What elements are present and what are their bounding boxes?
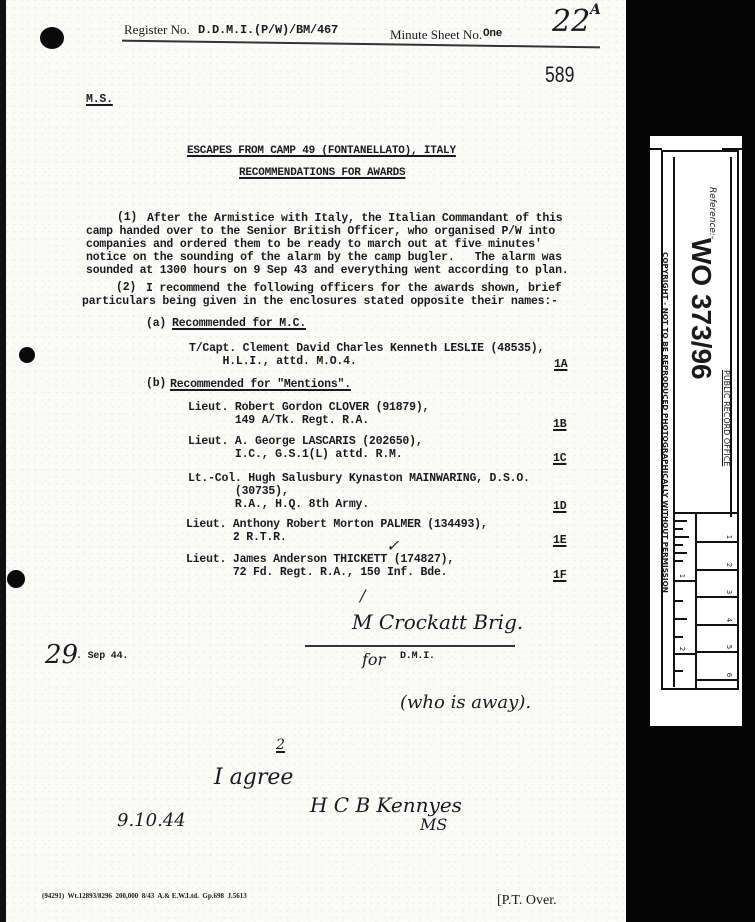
officer-entry-line: I.C., G.S.1(L) attd. R.M. bbox=[188, 448, 402, 461]
ruler-inch-mark bbox=[675, 653, 695, 655]
paragraph-line: camp handed over to the Senior British O… bbox=[86, 225, 555, 238]
check-mark: / bbox=[360, 586, 365, 605]
paragraph-line: sounded at 1300 hours on 9 Sep 43 and ev… bbox=[86, 264, 568, 277]
scale-cm-label: 6 bbox=[725, 673, 733, 677]
ruler-cm-mark bbox=[697, 541, 739, 543]
scale-inch-label: 2 bbox=[678, 647, 686, 651]
minute-sheet-label: Minute Sheet No. bbox=[390, 27, 482, 43]
scale-cm-label: 4 bbox=[725, 618, 733, 622]
officer-entry-line: T/Capt. Clement David Charles Kenneth LE… bbox=[189, 342, 544, 355]
section-label: (b) bbox=[146, 377, 166, 390]
paragraph-line: I recommend the following officers for t… bbox=[146, 282, 561, 295]
paragraph-number: (2) bbox=[116, 281, 136, 294]
scale-inch-label: 1 bbox=[678, 574, 686, 578]
paragraph-line: companies and ordered them to be ready t… bbox=[86, 238, 542, 251]
section-heading: Recommended for "Mentions". bbox=[170, 378, 351, 391]
for-handwritten: for bbox=[362, 650, 385, 669]
ruler-divider bbox=[695, 512, 697, 690]
register-number: D.D.M.I.(P/W)/BM/467 bbox=[198, 23, 338, 37]
folio-number-handwritten: 22 bbox=[552, 4, 590, 39]
scale-cm-label: 3 bbox=[725, 590, 733, 594]
printer-line: (94291) Wt.12893/8296 200,000 8/43 A.& E… bbox=[42, 892, 247, 900]
document-subtitle: RECOMMENDATIONS FOR AWARDS bbox=[239, 167, 405, 179]
officer-entry-line: Lieut. James Anderson THICKETT (174827), bbox=[186, 553, 454, 566]
paragraph-line: notice on the sounding of the alarm by t… bbox=[86, 251, 562, 264]
officer-entry-line: H.L.I., attd. M.O.4. bbox=[189, 355, 357, 368]
paragraph-line: After the Armistice with Italy, the Ital… bbox=[147, 212, 562, 225]
register-label: Register No. bbox=[124, 22, 190, 38]
minute-sheet-number: One bbox=[483, 28, 502, 40]
enclosure-ref: 1A bbox=[554, 358, 567, 371]
punch-hole bbox=[40, 27, 64, 49]
enclosure-ref: 1F bbox=[553, 569, 566, 582]
reference-number: WO 373/96 bbox=[685, 238, 717, 380]
minute-text: I agree bbox=[214, 765, 293, 790]
officer-entry-line: Lt.-Col. Hugh Salusbury Kynaston MAINWAR… bbox=[188, 472, 530, 485]
copyright-notice: COPYRIGHT - NOT TO BE REPRODUCED PHOTOGR… bbox=[661, 252, 670, 593]
signature-underline bbox=[305, 645, 515, 647]
enclosure-ref: 1E bbox=[553, 534, 566, 547]
minute-signature: H C B Kennyes bbox=[310, 793, 462, 817]
officer-entry-line: 2 R.T.R. bbox=[186, 531, 287, 544]
minute-initials: MS bbox=[420, 815, 447, 834]
officer-entry-line: Lieut. Robert Gordon CLOVER (91879), bbox=[188, 401, 429, 414]
officer-entry-line: Lieut. Anthony Robert Morton PALMER (134… bbox=[186, 518, 488, 531]
copyright-strip-divider bbox=[673, 157, 675, 687]
ruler-top bbox=[675, 512, 739, 514]
officer-entry-line: R.A., H.Q. 8th Army. bbox=[188, 498, 369, 511]
scale-cm-label: 5 bbox=[725, 645, 733, 649]
ruler-cm-mark bbox=[697, 624, 739, 626]
signature-note: (who is away). bbox=[400, 692, 531, 713]
minute-date: 9.10.44 bbox=[117, 810, 186, 831]
ruler-cm-mark bbox=[697, 569, 739, 571]
officer-entry-line: 149 A/Tk. Regt. R.A. bbox=[188, 414, 369, 427]
document-title: ESCAPES FROM CAMP 49 (FONTANELLATO), ITA… bbox=[187, 145, 456, 157]
ruler-cm-mark bbox=[697, 679, 739, 681]
punch-hole bbox=[19, 347, 35, 363]
folio-suffix: A bbox=[590, 2, 601, 18]
enclosure-ref: 1C bbox=[553, 452, 566, 465]
stamp-number: 589 bbox=[545, 62, 574, 88]
officer-entry-line: (30735), bbox=[188, 485, 289, 498]
paragraph-number: (1) bbox=[117, 211, 137, 224]
pto-note: [P.T. Over. bbox=[497, 893, 557, 909]
scale-cm-label: 1 bbox=[725, 535, 733, 539]
scale-cm-label: 2 bbox=[725, 563, 733, 567]
enclosure-ref: 1D bbox=[553, 500, 566, 513]
date-typed: . Sep 44. bbox=[76, 651, 128, 662]
signatory-title: D.M.I. bbox=[400, 651, 435, 662]
ruler-cm-mark bbox=[697, 651, 739, 653]
paragraph-line: particulars being given in the enclosure… bbox=[82, 295, 558, 308]
signature-dmi: M Crockatt Brig. bbox=[352, 610, 523, 634]
punch-hole bbox=[7, 570, 25, 588]
record-office-label: PUBLIC RECORD OFFICE bbox=[722, 370, 731, 466]
section-heading: Recommended for M.C. bbox=[172, 317, 306, 330]
officer-entry-line: Lieut. A. George LASCARIS (202650), bbox=[188, 435, 423, 448]
section-label: (a) bbox=[146, 317, 166, 330]
enclosure-ref: 1B bbox=[553, 418, 566, 431]
date-day-handwritten: 29 bbox=[45, 640, 78, 670]
officer-entry-line: 72 Fd. Regt. R.A., 150 Inf. Bde. bbox=[186, 566, 447, 579]
minute-number: 2 bbox=[276, 737, 285, 753]
check-mark: ✓ bbox=[386, 536, 399, 555]
ruler-inch-mark bbox=[675, 580, 695, 582]
addressee: M.S. bbox=[86, 93, 113, 106]
reference-label: Reference:- bbox=[707, 187, 717, 239]
ruler-cm-mark bbox=[697, 596, 739, 598]
minute-sheet-page bbox=[6, 0, 626, 922]
